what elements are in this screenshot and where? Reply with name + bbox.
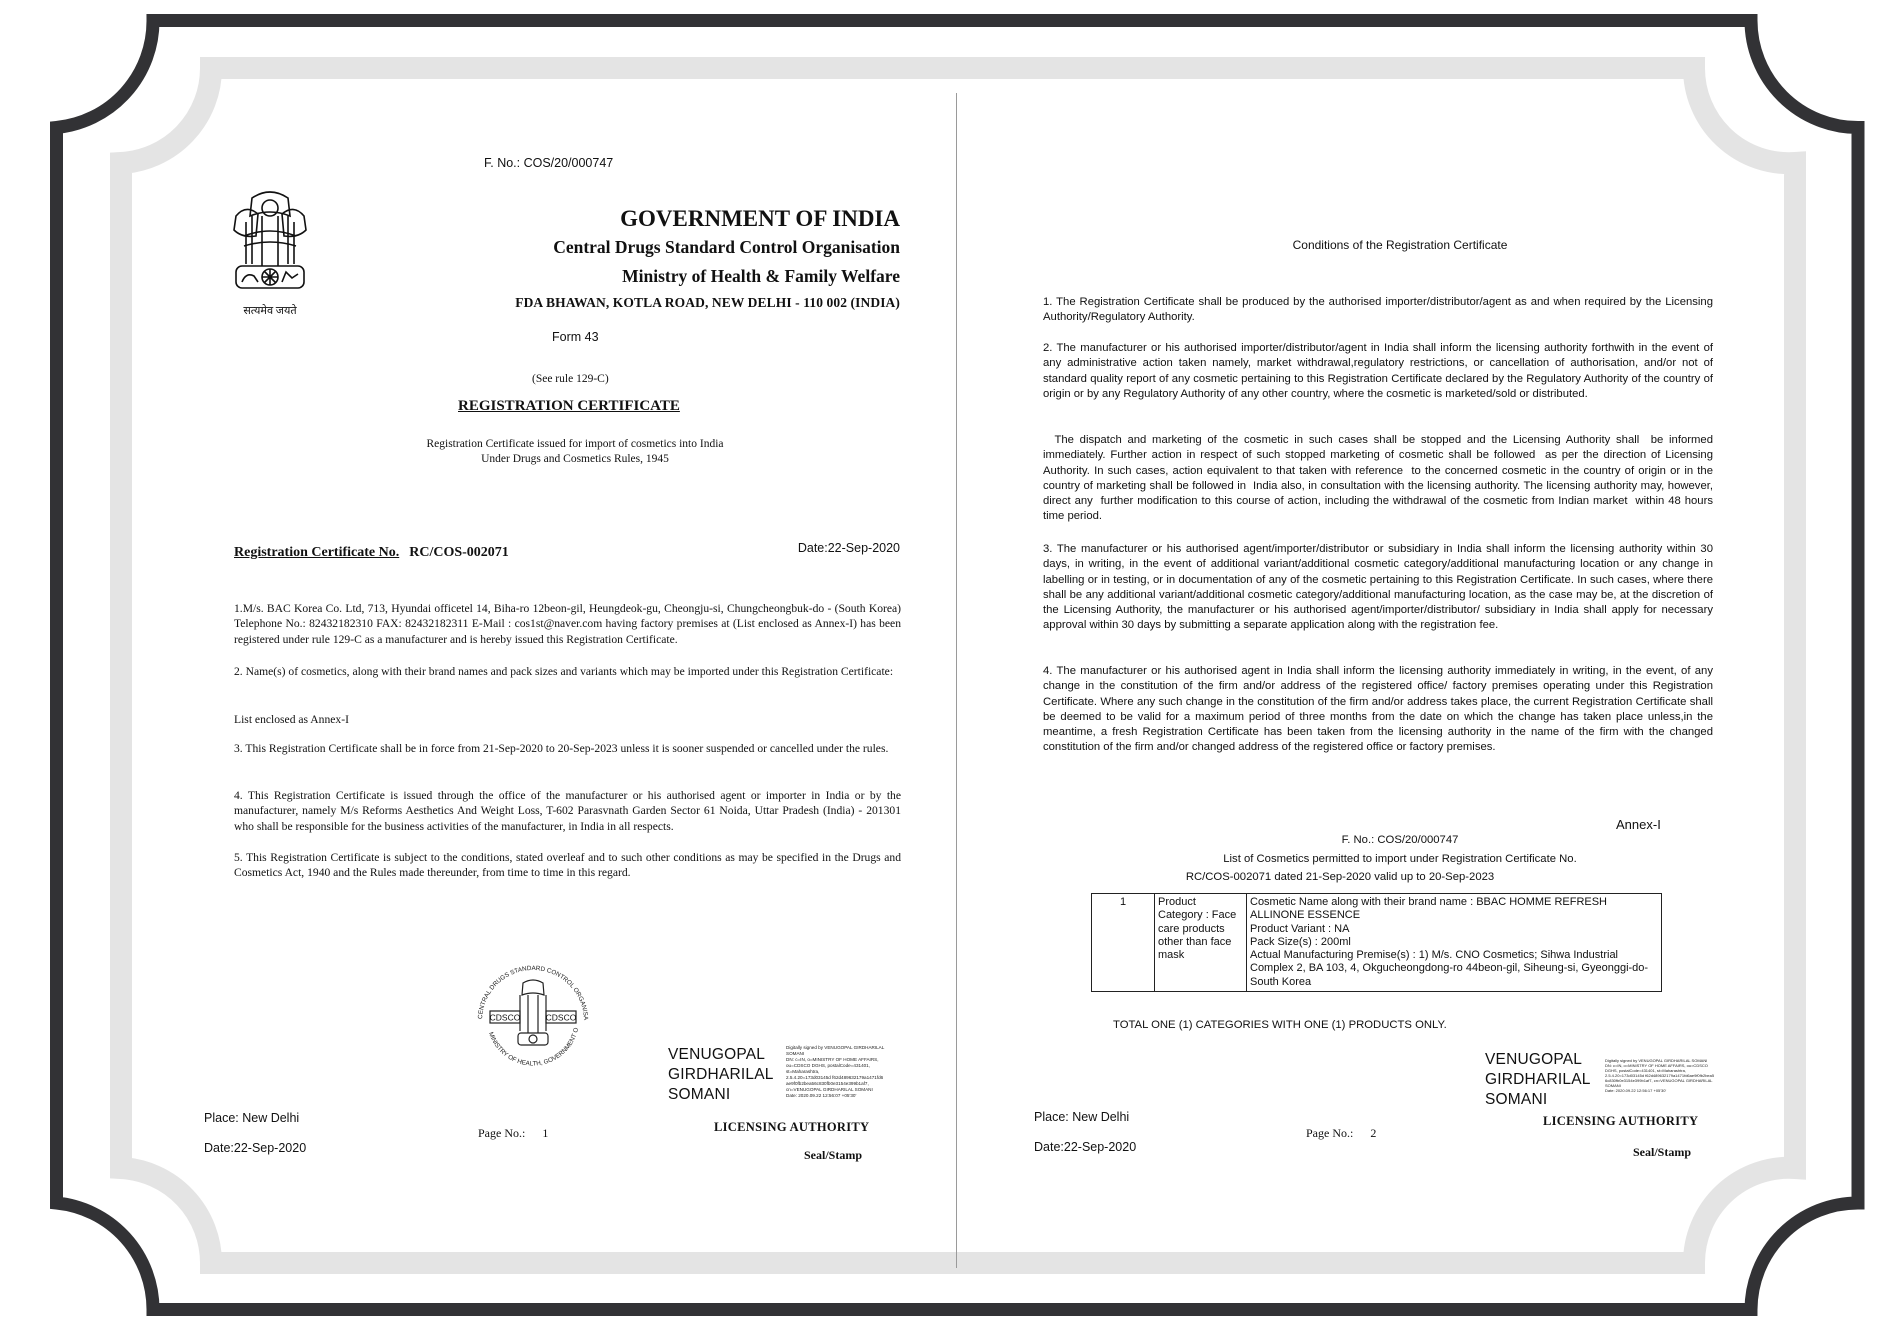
svg-text:CDSCO: CDSCO (490, 1013, 521, 1023)
place: Place: New Delhi (204, 1111, 299, 1125)
signatory-name-line-2: GIRDHARILAL (1485, 1070, 1591, 1090)
certificate-number-row: Registration Certificate No. RC/COS-0020… (234, 543, 509, 561)
signatory-name: VENUGOPAL GIRDHARILAL SOMANI (668, 1045, 774, 1105)
footer-date-page-2: Date:22-Sep-2020 (1034, 1140, 1136, 1154)
file-number: F. No.: COS/20/000747 (484, 156, 613, 170)
condition-2-continued: The dispatch and marketing of the cosmet… (1043, 433, 1713, 525)
place-page-2: Place: New Delhi (1034, 1110, 1129, 1124)
signature-meta-line: Date: 2020.09.22 12:56:17 +05'30' (1605, 1088, 1735, 1093)
svg-text:CDSCO: CDSCO (546, 1013, 577, 1023)
pack-size: Pack Size(s) : 200ml (1250, 936, 1658, 949)
licensing-authority-label-page-2: LICENSING AUTHORITY (1543, 1114, 1698, 1129)
national-emblem-icon: सत्यमेव जयते (222, 186, 318, 311)
page-number-value: 2 (1370, 1126, 1376, 1140)
issue-date: Date:22-Sep-2020 (798, 541, 900, 555)
table-row: 1 Product Category : Face care products … (1092, 894, 1662, 992)
footer-date: Date:22-Sep-2020 (204, 1141, 306, 1155)
seal-stamp-label: Seal/Stamp (804, 1148, 862, 1163)
signature-meta-line: Date: 2020.09.22 12:56:07 +05'30' (786, 1093, 906, 1099)
annex-total: TOTAL ONE (1) CATEGORIES WITH ONE (1) PR… (1113, 1019, 1447, 1031)
emblem-motto: सत्यमेव जयते (222, 303, 318, 318)
annex-title-line-2: RC/COS-002071 dated 21-Sep-2020 valid up… (1120, 871, 1560, 883)
office-address: FDA BHAWAN, KOTLA ROAD, NEW DELHI - 110 … (515, 295, 900, 311)
form-number: Form 43 (552, 330, 599, 344)
conditions-title: Conditions of the Registration Certifica… (1150, 238, 1650, 252)
signatory-name-line-3: SOMANI (668, 1085, 774, 1105)
digital-signature-details-page-2: Digitally signed by VENUGOPAL GIRDHARILA… (1605, 1058, 1735, 1093)
annex-file-number: F. No.: COS/20/000747 (1200, 834, 1600, 846)
manufacturing-premises: Actual Manufacturing Premise(s) : 1) M/s… (1250, 949, 1658, 989)
signatory-name-line-3: SOMANI (1485, 1090, 1591, 1110)
paragraph-5: 5. This Registration Certificate is subj… (234, 850, 901, 881)
product-category-cell: Product Category : Face care products ot… (1155, 894, 1247, 992)
gov-title: GOVERNMENT OF INDIA (620, 206, 900, 232)
page-number-label: Page No.: (478, 1126, 525, 1140)
signatory-name-line-1: VENUGOPAL (668, 1045, 774, 1065)
cosmetic-name: Cosmetic Name along with their brand nam… (1250, 896, 1658, 923)
rule-reference: (See rule 129-C) (532, 373, 609, 385)
condition-4: 4. The manufacturer or his authorised ag… (1043, 664, 1713, 756)
condition-1: 1. The Registration Certificate shall be… (1043, 295, 1713, 326)
page-number-page-2: Page No.: 2 (1306, 1126, 1376, 1141)
page-number: Page No.: 1 (478, 1126, 548, 1141)
paragraph-1: 1.M/s. BAC Korea Co. Ltd, 713, Hyundai o… (234, 601, 901, 647)
paragraph-2-annex-ref: List enclosed as Annex-I (234, 712, 901, 727)
certificate-number: RC/COS-002071 (409, 545, 509, 560)
licensing-authority-label: LICENSING AUTHORITY (714, 1120, 869, 1135)
paragraph-4: 4. This Registration Certificate is issu… (234, 788, 901, 834)
product-variant: Product Variant : NA (1250, 923, 1658, 936)
annex-label: Annex-I (1616, 817, 1661, 832)
document-title: REGISTRATION CERTIFICATE (458, 398, 680, 415)
seal-stamp-label-page-2: Seal/Stamp (1633, 1145, 1691, 1160)
condition-3: 3. The manufacturer or his authorised ag… (1043, 542, 1713, 634)
paragraph-2: 2. Name(s) of cosmetics, along with thei… (234, 664, 901, 679)
annex-title-line-1: List of Cosmetics permitted to import un… (1150, 853, 1650, 865)
certificate-number-label: Registration Certificate No. (234, 545, 399, 560)
signatory-name-line-1: VENUGOPAL (1485, 1050, 1591, 1070)
signatory-name-page-2: VENUGOPAL GIRDHARILAL SOMANI (1485, 1050, 1591, 1110)
signatory-name-line-2: GIRDHARILAL (668, 1065, 774, 1085)
org-name: Central Drugs Standard Control Organisat… (553, 237, 900, 258)
ministry-name: Ministry of Health & Family Welfare (622, 266, 900, 287)
description-line-2: Under Drugs and Cosmetics Rules, 1945 (360, 452, 790, 467)
product-details-cell: Cosmetic Name along with their brand nam… (1247, 894, 1662, 992)
annex-cosmetics-table: 1 Product Category : Face care products … (1091, 893, 1662, 992)
condition-2: 2. The manufacturer or his authorised im… (1043, 341, 1713, 402)
certificate-description: Registration Certificate issued for impo… (360, 437, 790, 467)
serial-number-cell: 1 (1092, 894, 1155, 992)
page-divider (956, 93, 957, 1268)
description-line-1: Registration Certificate issued for impo… (360, 437, 790, 452)
paragraph-3: 3. This Registration Certificate shall b… (234, 741, 901, 756)
digital-signature-details: Digitally signed by VENUGOPAL GIRDHARILA… (786, 1045, 906, 1099)
page-number-label: Page No.: (1306, 1126, 1353, 1140)
page-number-value: 1 (542, 1126, 548, 1140)
cdsco-seal-stamp: CENTRAL DRUGS STANDARD CONTROL ORGANISAT… (468, 955, 598, 1080)
